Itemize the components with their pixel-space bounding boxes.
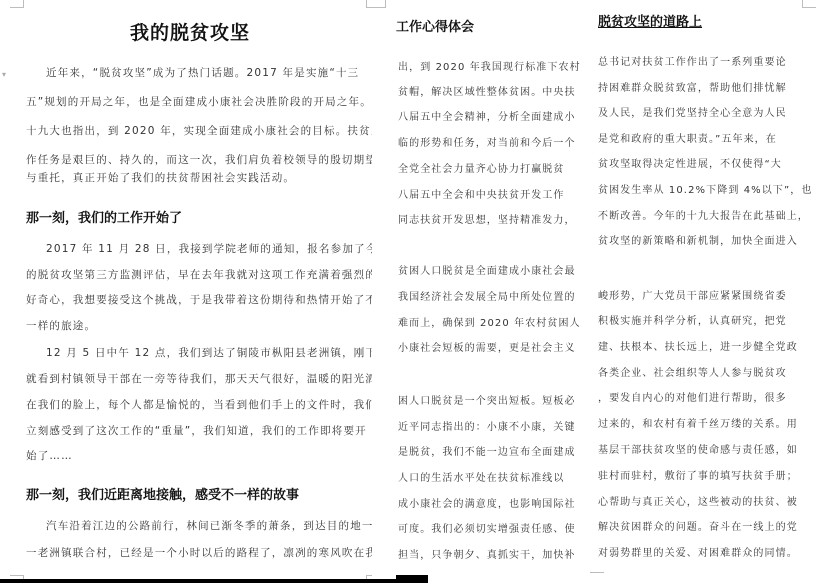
text-line: 我国经济社会发展全局中所处位置的 [398,291,576,305]
text-line: 全党全社会力量齐心协力打赢脱贫 [398,163,565,177]
text-line: 人口的生活水平处在扶贫标准线以 [398,472,565,486]
text-line: 及人民，是我们党坚持全心全意为人民 [598,107,787,121]
text-line: 出，到 2020 年我国现行标准下农村 [398,61,581,75]
text-line: 对弱势群里的关爱、对困难群众的同情。 [598,547,798,561]
text-line: 积极实施并科学分析，认真研究，把党 [598,315,787,329]
text-line: 一样的旅途。 [26,319,96,333]
text-line: 一老洲镇联合村，已经是一个小时以后的路程了，凛冽的寒风吹在我 [26,546,377,560]
text-line: 峻形势，广大党员干部应紧紧围绕省委 [598,290,787,304]
page-corner-mark [802,0,816,8]
text-line: 基层干部扶贫攻坚的使命感与责任感，如 [598,444,798,458]
text-line: 解决贫困群众的问题。奋斗在一线上的党 [598,521,798,535]
text-line: 始了…… [26,449,73,463]
text-line: 贫攻坚取得决定性进展，不仅使得“大 [598,158,782,172]
text-line: 成小康社会的满意度，也影响国际社 [398,498,576,512]
section-heading: 那一刻，我们的工作开始了 [26,207,182,226]
text-line: 近平同志指出的：小康不小康，关键 [398,421,576,435]
text-line: 不断改善。今年的十九大报告在此基础上， [598,210,809,224]
text-line: 与重托，真正开始了我们的扶贫帮困社会实践活动。 [26,171,295,185]
text-line: 小康社会短板的需要，更是社会主义 [398,342,576,356]
text-line: 立刻感受到了这次工作的“重量”，我们知道，我们的工作即将要开 [26,424,367,438]
text-line: 难而上，确保到 2020 年农村贫困人 [398,317,581,331]
document-page-left: ▾ 我的脱贫攻坚 近年来，“脱贫攻坚”成为了热门话题。2017 年是实施“十三 … [0,0,380,583]
text-line: 好奇心，我想要接受这个挑战，于是我带着这份期待和热情开始了不 [26,293,377,307]
text-line: 八届五中全会和中央扶贫开发工作 [398,189,565,203]
text-line: 同志扶贫开发思想，坚持精准发力， [398,214,576,228]
text-line: ，要发自内心的对他们进行帮助，很多 [598,392,787,406]
page-separator-bar [0,579,398,583]
text-line: 贫帽，解决区域性整体贫困。中央扶 [398,86,576,100]
redaction-block [396,575,428,583]
page-corner-mark [10,0,24,8]
document-title: 我的脱贫攻坚 [0,18,380,45]
text-line: 可度。我们必须切实增强责任感、使 [398,523,576,537]
text-line: 汽车沿着江边的公路前行，林间已渐冬季的萧条，到达目的地一 [46,519,374,533]
text-line: 过来的，和农村有着千丝万缕的关系。用 [598,418,798,432]
text-line: 八届五中全会精神，分析全面建成小 [398,111,576,125]
text-line: 担当，只争朝夕、真抓实干，加快补 [398,549,576,563]
text-line: 贫困人口脱贫是全面建成小康社会最 [398,265,576,279]
text-line: 贫攻坚的新策略和新机制，加快全面进入 [598,235,798,249]
text-line: 12 月 5 日中午 12 点，我们到达了铜陵市枞阳县老洲镇，刚下车 [46,346,380,360]
paragraph-collapse-icon[interactable]: ▾ [2,70,6,79]
text-line: 作任务是艰巨的、持久的，而这一次，我们肩负着校领导的殷切期望 [26,153,377,167]
text-line: 五”规划的开局之年，也是全面建成小康社会决胜阶段的开局之年。 [26,95,372,109]
text-line: 各类企业、社会组织等人人参与脱贫攻 [598,367,787,381]
text-line: 近年来，“脱贫攻坚”成为了热门话题。2017 年是实施“十三 [46,66,359,80]
text-line: 的脱贫攻坚第三方监测评估，早在去年我就对这项工作充满着强烈的 [26,268,377,282]
text-line: 是脱贫，我们不能一边宣布全面建成 [398,446,576,460]
section-heading: 脱贫攻坚的道路上 [598,11,702,30]
document-page-middle: 工作心得体会 出，到 2020 年我国现行标准下农村 贫帽，解决区域性整体贫困。… [372,0,582,583]
text-line: 2017 年 11 月 28 日，我接到学院老师的通知，报名参加了今年 [46,242,380,256]
text-line: 驻村而驻村，敷衍了事的填写扶贫手册； [598,470,798,484]
text-line: 困人口脱贫是一个突出短板。短板必 [398,395,576,409]
page-corner-mark [372,0,386,8]
text-line: 总书记对扶贫工作作出了一系列重要论 [598,56,787,70]
page-corner-mark [590,572,604,580]
text-line: 是党和政府的重大职责。”五年来，在 [598,133,777,147]
section-heading: 那一刻，我们近距离地接触，感受不一样的故事 [26,484,299,503]
text-line: 临的形势和任务，对当前和今后一个 [398,137,576,151]
text-line: 在我们的脸上，每个人都是愉悦的，当看到他们手上的文件时，我们 [26,398,377,412]
text-line: 就看到村镇领导干部在一旁等待我们，那天天气很好，温暖的阳光洒 [26,372,377,386]
section-heading: 工作心得体会 [396,16,474,35]
text-line: 心帮助与真正关心，这些被动的扶贫、被 [598,496,798,510]
text-line: 贫困发生率从 10.2%下降到 4%以下”，也 [598,184,812,198]
text-line: 十九大也指出，到 2020 年，实现全面建成小康社会的目标。扶贫工 [26,124,380,138]
text-line: 建、扶根本、扶长远上，进一步健全党政 [598,341,798,355]
text-line: 持困难群众脱贫致富，帮助他们排忧解 [598,82,787,96]
document-page-right: 脱贫攻坚的道路上 总书记对扶贫工作作出了一系列重要论 持困难群众脱贫致富，帮助他… [590,0,826,583]
